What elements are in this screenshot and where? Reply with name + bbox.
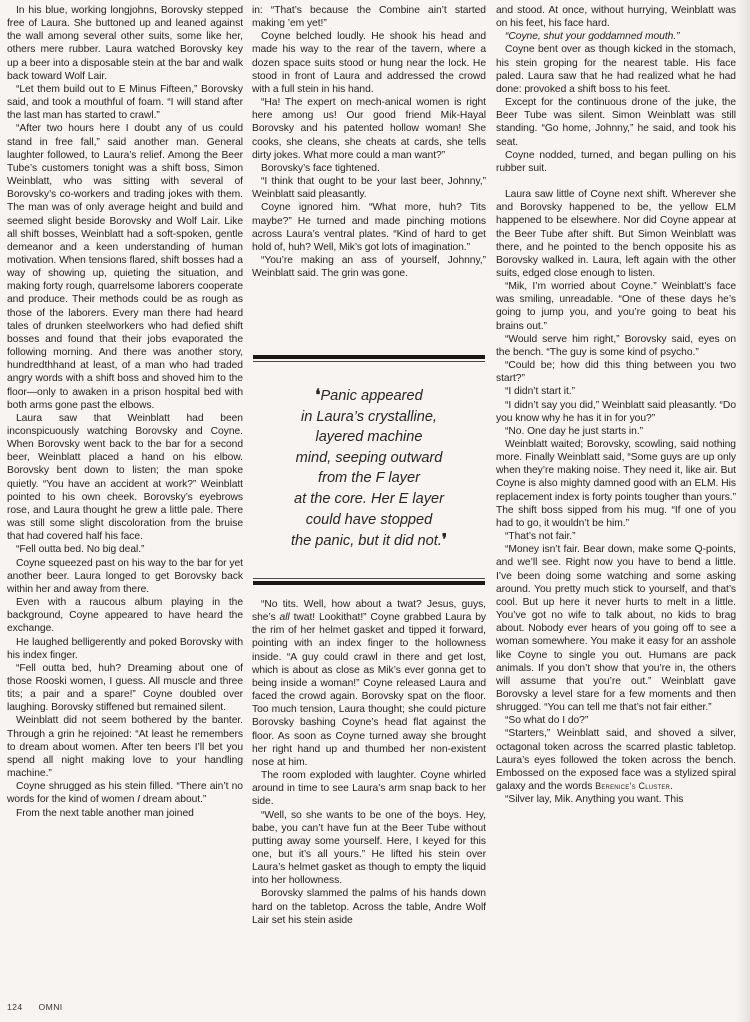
paragraph: Coyne belched loudly. He shook his head … (252, 30, 486, 96)
paragraph: “I think that ought to be your last beer… (252, 175, 486, 201)
paragraph: Borovsky slammed the palms of his hands … (252, 887, 486, 926)
pullquote-rule-top (253, 355, 485, 359)
paragraph: Laura saw little of Coyne next shift. Wh… (496, 188, 736, 280)
paragraph: “No tits. Well, how about a twat? Jesus,… (252, 598, 486, 769)
magazine-page: In his blue, working longjohns, Borovsky… (0, 0, 750, 1022)
paragraph: Coyne nodded, turned, and began pulling … (496, 149, 736, 175)
paragraph: “So what do I do?” (496, 714, 736, 727)
magazine-name: OMNI (39, 1002, 63, 1012)
paragraph: Coyne bent over as though kicked in the … (496, 43, 736, 96)
paragraph: “Silver lay, Mik. Anything you want. Thi… (496, 793, 736, 806)
paragraph: “I didn’t start it.” (496, 385, 736, 398)
page-number: 124 (7, 1002, 23, 1012)
pullquote-line: from the F layer (318, 470, 420, 486)
paragraph: “No. One day he just starts in.” (496, 425, 736, 438)
paragraph: “That’s not fair.” (496, 530, 736, 543)
paragraph: “Starters,” Weinblatt said, and shoved a… (496, 727, 736, 793)
pullquote-rule-top-thin (253, 361, 485, 362)
pullquote-line: in Laura’s crystalline, (301, 409, 437, 425)
text-column-2-bottom: “No tits. Well, how about a twat? Jesus,… (252, 598, 486, 927)
text-column-3: and stood. At once, without hurrying, We… (496, 4, 736, 806)
paragraph: “Money isn’t fair. Bear down, make some … (496, 543, 736, 714)
paragraph: Coyne ignored him. “What more, huh? Tits… (252, 201, 486, 254)
paragraph: “Ha! The expert on mech-anical women is … (252, 96, 486, 162)
pullquote-line: the panic, but it did not. (291, 533, 442, 549)
text-column-1: In his blue, working longjohns, Borovsky… (7, 4, 243, 820)
pullquote-rule-bottom (253, 581, 485, 585)
paragraph: Coyne shrugged as his stein filled. “The… (7, 780, 243, 806)
paragraph: “Fell outta bed. No big deal.” (7, 543, 243, 556)
small-caps-run: Berenice’s Cluster (595, 781, 670, 791)
italic-run: all (280, 612, 290, 623)
close-quote-icon: ❜ (442, 530, 447, 549)
text-run: . (670, 781, 673, 792)
paragraph: Weinblatt waited; Borovsky, scowling, sa… (496, 438, 736, 530)
pullquote-line: Panic appeared (320, 388, 422, 404)
paragraph: “Let them build out to E Minus Fifteen,”… (7, 83, 243, 122)
paragraph: Coyne squeezed past on his way to the ba… (7, 557, 243, 596)
paragraph: He laughed belligerently and poked Borov… (7, 636, 243, 662)
paragraph: “Could be; how did this thing between yo… (496, 359, 736, 385)
paragraph: Weinblatt did not seem bothered by the b… (7, 714, 243, 780)
paragraph: Laura saw that Weinblatt had been incons… (7, 412, 243, 544)
paragraph: From the next table another man joined (7, 807, 243, 820)
paragraph: “Would serve him right,” Borovsky said, … (496, 333, 736, 359)
text-run: dream about.” (140, 794, 206, 805)
paragraph: Except for the continuous drone of the j… (496, 96, 736, 149)
paragraph: “You’re making an ass of yourself, Johnn… (252, 254, 486, 280)
paragraph: Even with a raucous album playing in the… (7, 596, 243, 635)
paragraph: in: “That’s because the Combine ain’t st… (252, 4, 486, 30)
paragraph: “Mik, I’m worried about Coyne.” Weinblat… (496, 280, 736, 333)
pullquote-line: layered machine (315, 429, 422, 445)
pullquote-line: mind, seeping outward (296, 450, 443, 466)
paragraph: “Fell outta bed, huh? Dreaming about one… (7, 662, 243, 715)
page-folio: 124OMNI (7, 1002, 79, 1012)
paragraph: Borovsky’s face tightened. (252, 162, 486, 175)
pullquote-rule-bottom-thin (253, 578, 485, 579)
pull-quote: ❛Panic appeared in Laura’s crystalline, … (253, 385, 485, 552)
paragraph: The room exploded with laughter. Coyne w… (252, 769, 486, 808)
italic-run: “Coyne, shut your goddamned mouth.” (505, 31, 680, 42)
paragraph: “I didn’t say you did,” Weinblatt said p… (496, 399, 736, 425)
text-run: twat! Lookithat!” Coyne grabbed Laura by… (252, 612, 486, 768)
text-column-2-top: in: “That’s because the Combine ain’t st… (252, 4, 486, 280)
pullquote-line: at the core. Her E layer (294, 491, 444, 507)
pullquote-line: could have stopped (306, 512, 433, 528)
paragraph: “Coyne, shut your goddamned mouth.” (496, 30, 736, 43)
paragraph: “Well, so she wants to be one of the boy… (252, 809, 486, 888)
paragraph: In his blue, working longjohns, Borovsky… (7, 4, 243, 83)
paragraph: “After two hours here I doubt any of us … (7, 122, 243, 411)
text-run: Coyne shrugged as his stein filled. “The… (7, 781, 243, 805)
page-edge-shadow (736, 0, 750, 1022)
paragraph: and stood. At once, without hurrying, We… (496, 4, 736, 30)
